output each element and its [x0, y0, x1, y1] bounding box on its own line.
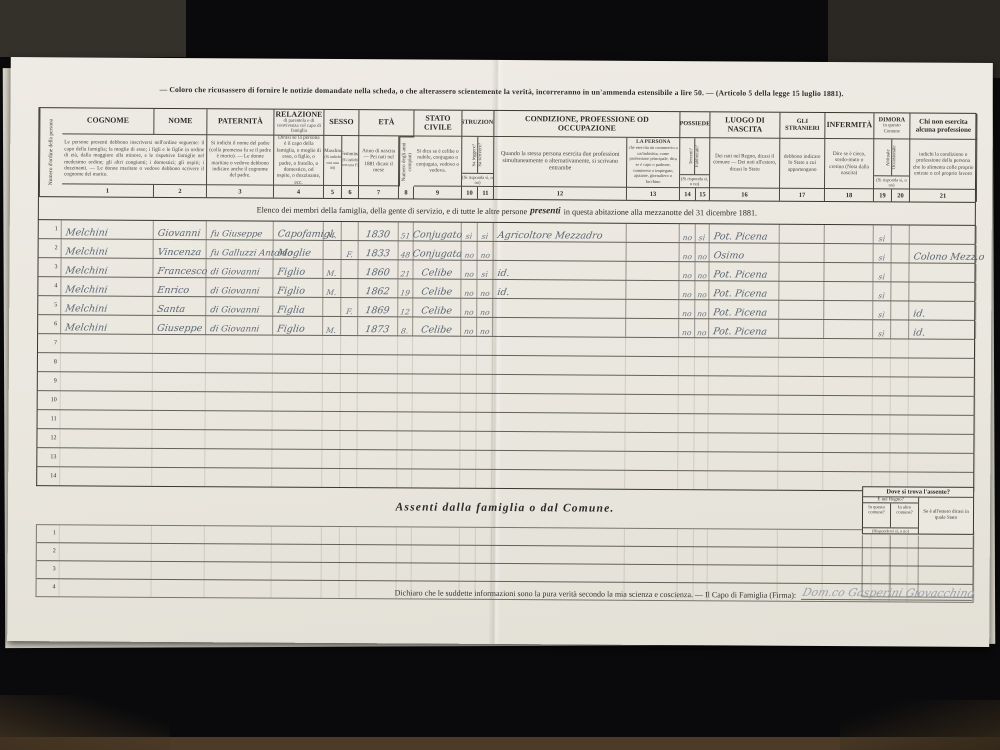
cell-anni	[397, 527, 412, 544]
row-number: 10	[38, 391, 61, 409]
column-number: 15	[696, 188, 710, 200]
cell-condizione	[493, 299, 626, 318]
handwritten-entry: Moglie	[277, 248, 312, 258]
cell-anni	[397, 431, 412, 449]
handwritten-entry: sì	[878, 311, 885, 319]
cell-nome: Vincenza	[154, 240, 207, 258]
cell-fabbricati	[694, 547, 708, 564]
handwritten-entry: Conjugata	[412, 249, 463, 259]
cell-luogo: Pot. Picena	[710, 224, 780, 242]
cell-persona	[626, 262, 679, 280]
table-header: Numero d'ordine della persona COGNOME NO…	[38, 107, 977, 203]
cell-condizione: id.	[493, 280, 626, 299]
column-title-relazione: RELAZIONE di parentela e di convivenza c…	[274, 110, 324, 136]
cell-stranieri	[780, 225, 825, 243]
handwritten-entry: Melchini	[65, 285, 108, 295]
cell-f	[341, 317, 358, 335]
cell-fabbricati: no	[696, 243, 710, 261]
sa-leggere-label: Sa leggere?	[472, 143, 477, 166]
cell-stato	[412, 469, 460, 487]
row-number: 13	[37, 448, 60, 466]
cell-nome: Enrico	[153, 278, 206, 296]
handwritten-entry: no	[682, 291, 692, 299]
handwritten-entry: F.	[345, 308, 353, 316]
column-title-chi-non-esercita: Chi non esercita alcuna professione	[910, 114, 977, 140]
present-persons-rows: 1MelchiniGiovannifu GiuseppeCapofamigl.M…	[36, 220, 976, 492]
cell-chi_non	[909, 264, 976, 282]
cell-abituale	[873, 415, 891, 433]
cell-m	[324, 241, 342, 259]
cell-paternita	[204, 580, 271, 597]
cell-persona	[627, 243, 680, 261]
cell-chi_non	[909, 377, 976, 395]
cell-occasionale	[891, 358, 909, 376]
possiede-note: (Si risponda sì, o no)	[680, 174, 709, 187]
cell-stato	[413, 355, 461, 373]
column-title-stato-civile: STATO CIVILE	[414, 110, 462, 136]
cell-stato	[412, 563, 460, 580]
cell-condizione	[492, 528, 625, 546]
cell-luogo: Pot. Picena	[709, 319, 779, 337]
handwritten-entry: sì	[481, 270, 488, 278]
luogo-nascita-instructions: Dei nati nel Regno, dicasi il comune — D…	[710, 138, 780, 188]
cell-paternita	[206, 335, 273, 353]
cell-relazione	[273, 393, 323, 411]
altro-comune-label: In altro comune?	[890, 503, 918, 527]
cell-fabbricati: no	[695, 281, 709, 299]
cell-infermita	[824, 263, 873, 281]
column-number: 5	[324, 186, 342, 198]
cell-stato: Celibe	[413, 279, 461, 297]
cell-anni	[397, 563, 412, 580]
handwritten-entry: no	[682, 272, 692, 280]
cell-nome	[152, 449, 205, 467]
cell-cognome: Melchini	[61, 277, 153, 296]
cell-luogo: Pot. Picena	[709, 262, 779, 280]
cell-condizione	[492, 546, 625, 564]
cell-paternita	[205, 468, 272, 486]
row-number: 1	[37, 525, 60, 542]
cell-persona	[626, 319, 679, 337]
cell-occasionale	[891, 377, 909, 395]
cell-terreni	[678, 565, 694, 582]
cell-nome	[152, 526, 205, 543]
cell-m	[323, 298, 341, 316]
cell-abituale	[873, 358, 891, 376]
cell-chi_non	[909, 282, 976, 300]
cell-m: M.	[323, 317, 341, 335]
cell-abituale	[872, 434, 890, 452]
cell-stato	[412, 527, 460, 544]
column-number: 12	[494, 187, 627, 200]
cell-paternita: di Giovanni	[206, 259, 273, 277]
occasionale-label: Occasionale	[892, 145, 897, 169]
cell-stranieri	[779, 415, 824, 433]
cell-anno: 1830	[359, 222, 399, 240]
handwritten-entry: Pot. Picena	[713, 232, 768, 242]
sesso-femmina-label: Femmina(Si indichi con una F)	[342, 136, 359, 186]
cell-fabbricati	[694, 565, 708, 582]
cell-stranieri	[779, 263, 824, 281]
cell-persona	[626, 338, 679, 356]
chi-non-esercita-instructions: indichi la condizione o professione dell…	[910, 140, 977, 190]
cell-nome	[152, 562, 205, 579]
cell-relazione	[273, 336, 323, 354]
cell-abituale	[873, 339, 891, 357]
abituale-label: Abituale	[886, 149, 891, 166]
cell-nome	[151, 580, 204, 597]
cell-chi_non	[909, 415, 976, 433]
cell-stranieri	[778, 453, 823, 471]
handwritten-entry: no	[480, 308, 490, 316]
main-table: Numero d'ordine della persona COGNOME NO…	[35, 107, 976, 603]
cell-terreni: no	[680, 224, 696, 242]
handwritten-entry: no	[697, 310, 707, 318]
cell-legge: no	[461, 318, 477, 336]
cell-paternita	[206, 354, 273, 372]
paper-sheet: — Coloro che ricusassero di fornire le n…	[7, 57, 993, 647]
cell-occasionale	[891, 415, 909, 433]
infermita-instructions: Dire se è cieco, sordo-muto o cretino (N…	[825, 139, 874, 189]
cell-occasionale	[891, 339, 909, 357]
cell-stranieri	[779, 396, 824, 414]
cell-luogo	[708, 529, 778, 546]
cell-f	[341, 279, 358, 297]
cell-infermita	[823, 434, 872, 452]
cell-fabbricati	[694, 529, 708, 546]
handwritten-entry: di Giovanni	[210, 306, 260, 315]
handwritten-entry: M.	[326, 288, 337, 296]
cell-stato	[413, 336, 461, 354]
cell-f	[340, 563, 357, 580]
cell-m	[323, 412, 341, 430]
column-title-nome: NOME	[154, 109, 207, 135]
cell-infermita	[824, 415, 873, 433]
cell-anno: 1873	[358, 317, 398, 335]
cell-paternita	[206, 392, 273, 410]
handwritten-entry: no	[682, 253, 692, 261]
dove-box-title: Dove si trova l'assente?	[863, 487, 973, 498]
cell-nome	[153, 373, 206, 391]
handwritten-entry: no	[480, 251, 490, 259]
cell-infermita	[824, 339, 873, 357]
handwritten-entry: 48	[400, 251, 411, 259]
section-title-emphasis: presenti	[530, 206, 561, 216]
cell-nome	[152, 544, 205, 561]
cell-persona	[626, 414, 679, 432]
dimora-note: (Si risponda sì, o no)	[874, 175, 909, 188]
column-title-cognome: COGNOME	[62, 108, 154, 135]
cell-scrive	[477, 356, 493, 374]
column-number: 21	[910, 190, 977, 202]
cell-terreni: no	[679, 262, 695, 280]
cell-legge	[460, 528, 476, 545]
cell-luogo	[709, 338, 779, 356]
handwritten-entry: id.	[913, 309, 927, 319]
cell-stato	[413, 374, 461, 392]
handwritten-entry: 1830	[365, 230, 391, 240]
cell-m	[322, 469, 340, 487]
handwritten-entry: Figlio	[276, 324, 305, 334]
relazione-instructions: Dirasi se la persona è il capo della fam…	[274, 136, 324, 186]
cell-stato	[413, 393, 461, 411]
column-number: 18	[825, 189, 874, 201]
cell-nome: Francesco	[153, 259, 206, 277]
handwritten-entry: sì	[878, 254, 885, 262]
cell-stranieri	[779, 320, 824, 338]
cell-anni	[398, 412, 413, 430]
column-number: 9	[414, 186, 462, 198]
column-number: 20	[892, 189, 910, 201]
cell-condizione	[493, 337, 626, 356]
cell-persona	[625, 471, 678, 489]
cell-persona	[626, 357, 679, 375]
cell-paternita	[205, 562, 272, 579]
cell-paternita	[206, 411, 273, 429]
column-title-paternita: PATERNITÀ	[207, 109, 274, 135]
cell-nome: Giovanni	[154, 221, 207, 239]
cell-legge	[461, 337, 477, 355]
cell-m	[323, 336, 341, 354]
handwritten-entry: Figlio	[277, 267, 306, 277]
cell-stranieri	[779, 358, 824, 376]
column-title-infermita: INFERMITÀ	[825, 113, 874, 139]
cell-occasionale	[891, 263, 909, 281]
cell-anno: 1860	[358, 260, 398, 278]
cell-infermita	[824, 396, 873, 414]
cell-scrive	[476, 432, 492, 450]
cell-legge	[460, 564, 476, 581]
cell-anno	[357, 527, 397, 544]
cell-anno: 1862	[358, 279, 398, 297]
handwritten-entry: Melchini	[65, 266, 108, 276]
cell-anni	[398, 355, 413, 373]
cell-abituale: sì	[873, 263, 891, 281]
cell-relazione: Figlia	[273, 298, 323, 316]
cell-cognome	[60, 448, 152, 467]
scanner-background-corner	[0, 0, 186, 57]
questo-comune-label: In questo comune?	[863, 503, 890, 527]
cell-f	[341, 393, 358, 411]
cell-chi_non	[909, 358, 976, 376]
section-title-suffix: in questa abitazione alla mezzanotte del…	[564, 207, 758, 217]
cell-m: M.	[323, 260, 341, 278]
cell-relazione	[272, 450, 322, 468]
column-number: 17	[780, 189, 825, 201]
column-number: 7	[359, 186, 399, 198]
fabbricati-label: Fabbricati?	[695, 145, 700, 167]
handwritten-entry: Melchini	[65, 304, 108, 314]
cell-scrive	[476, 528, 492, 545]
cell-infermita	[824, 282, 873, 300]
cell-cognome: Melchini	[62, 220, 154, 239]
cell-chi_non	[910, 226, 977, 244]
cell-cognome	[60, 525, 152, 543]
cell-fabbricati	[695, 338, 709, 356]
row-number: 12	[37, 429, 60, 447]
cell-cognome	[59, 579, 151, 597]
handwritten-entry: Francesco	[157, 266, 208, 276]
cell-stranieri	[778, 472, 823, 490]
cell-persona	[625, 547, 678, 564]
column-number: 1	[62, 184, 154, 197]
cell-occasionale	[891, 282, 909, 300]
cell-anni	[398, 374, 413, 392]
cell-occasionale	[890, 453, 908, 471]
handwritten-entry: Melchini	[64, 323, 107, 333]
cell-persona	[625, 565, 678, 582]
cell-infermita	[824, 377, 873, 395]
cell-scrive: no	[477, 280, 493, 298]
handwritten-entry: 21	[400, 270, 411, 278]
cell-condizione	[492, 451, 625, 470]
handwritten-entry: sì	[482, 232, 489, 240]
cell-chi_non	[909, 396, 976, 414]
cell-f	[340, 527, 357, 544]
table-surface-corner	[840, 700, 1000, 750]
cell-scrive	[476, 546, 492, 563]
census-sheet-photo: — Coloro che ricusassero di fornire le n…	[0, 0, 1000, 750]
row-number: 1	[39, 220, 62, 238]
cell-relazione	[272, 431, 322, 449]
cell-nome	[153, 392, 206, 410]
cell-m	[322, 545, 340, 562]
cell-relazione	[273, 412, 323, 430]
anni-compiuti-label: Numero degli anni compiuti	[399, 136, 414, 186]
cell-anno	[357, 469, 397, 487]
cell-scrive: no	[478, 242, 494, 260]
column-title-istruzione: ISTRUZIONE	[462, 111, 494, 137]
cell-condizione: Agricoltore Mezzadro	[494, 223, 627, 242]
cell-scrive: sì	[478, 223, 494, 241]
cell-luogo	[708, 452, 778, 470]
handwritten-entry: no	[697, 272, 707, 280]
cell-persona	[626, 281, 679, 299]
cell-stranieri	[779, 282, 824, 300]
cell-fabbricati: no	[695, 300, 709, 318]
column-number: 16	[710, 188, 780, 200]
cell-anni: 19	[398, 279, 413, 297]
cell-anni	[397, 469, 412, 487]
cell-abituale	[872, 453, 890, 471]
row-number: 3	[37, 561, 60, 578]
cell-stranieri	[778, 530, 823, 547]
cell-m	[322, 450, 340, 468]
cell-legge	[461, 413, 477, 431]
column-number: 4	[274, 186, 324, 198]
handwritten-entry: Giuseppe	[156, 323, 202, 333]
table-surface-corner	[0, 695, 170, 750]
cell-paternita: fu Galluzzi Antonio	[207, 240, 274, 258]
row-number: 14	[37, 467, 60, 485]
cell-terreni	[678, 433, 694, 451]
cell-cognome	[61, 353, 153, 372]
cell-chi_non: id.	[909, 320, 976, 338]
head-of-family-signature: Dom.co Gasperini Giovacchino	[800, 587, 975, 601]
cell-anno	[358, 355, 398, 373]
section-title-prefix: Elenco dei membri della famiglia, della …	[257, 205, 528, 216]
cell-relazione	[271, 581, 321, 598]
dove-box-note: (Rispondersi sì, o no)	[863, 527, 918, 533]
column-title-luogo-nascita: LUOGO DI NASCITA	[710, 112, 780, 138]
handwritten-entry: no	[682, 234, 692, 242]
cell-fabbricati	[695, 414, 709, 432]
cell-abituale: sì	[873, 282, 891, 300]
cell-scrive	[476, 451, 492, 469]
cell-luogo	[709, 414, 779, 432]
dimora-sublabels: Abituale Occasionale (Si risponda sì, o …	[874, 139, 910, 189]
handwritten-entry: Santa	[157, 304, 186, 314]
cell-cognome: Melchini	[61, 258, 153, 277]
cell-abituale: sì	[874, 225, 892, 243]
cell-anno	[358, 393, 398, 411]
column-title-possiede: POSSIEDE	[680, 112, 710, 138]
column-number: 11	[478, 187, 494, 199]
handwritten-entry: no	[696, 329, 706, 337]
cell-occasionale	[892, 244, 910, 262]
handwritten-entry: no	[681, 329, 691, 337]
cell-fabbricati	[695, 357, 709, 375]
cell-scrive	[477, 394, 493, 412]
cell-cognome: Melchini	[61, 296, 153, 315]
cell-cognome	[60, 429, 152, 448]
cell-paternita	[205, 449, 272, 467]
cell-scrive: sì	[477, 261, 493, 279]
cell-cognome	[60, 543, 152, 561]
handwritten-entry: sì	[878, 273, 885, 281]
cell-cognome	[61, 391, 153, 410]
row-number: 11	[38, 410, 61, 428]
cell-f	[341, 260, 358, 278]
handwritten-entry: no	[682, 310, 692, 318]
cell-legge	[461, 356, 477, 374]
possiede-sublabels: Terreni? Fabbricati? (Si risponda sì, o …	[680, 138, 710, 188]
handwritten-entry: sì	[879, 235, 886, 243]
cell-f	[340, 431, 357, 449]
cell-relazione: Capofamigl.	[274, 222, 324, 240]
handwritten-entry: no	[480, 289, 490, 297]
column-number: 8	[399, 186, 414, 198]
cell-stato	[412, 431, 460, 449]
handwritten-entry: Osimo	[713, 251, 745, 261]
row-number: 8	[38, 353, 61, 371]
cell-abituale: sì	[873, 301, 891, 319]
la-persona-instructions: LA PERSONAche esercita un commercio o un…	[627, 138, 680, 188]
cell-terreni	[678, 471, 694, 489]
cell-fabbricati	[695, 395, 709, 413]
cell-stato	[413, 412, 461, 430]
handwritten-entry: sì	[878, 292, 885, 300]
handwritten-entry: id.	[497, 287, 511, 297]
cell-persona	[626, 300, 679, 318]
cell-stato: Celibe	[413, 298, 461, 316]
handwritten-entry: no	[697, 253, 707, 261]
handwritten-entry: M.	[326, 269, 337, 277]
cell-scrive	[476, 564, 492, 581]
cell-luogo	[709, 357, 779, 375]
anno-nascita-instructions: Anno di nascita — Pei nati nel 1881 dica…	[359, 136, 399, 186]
cell-scrive	[477, 375, 493, 393]
sesso-maschio-label: Maschio(Si indichi con una M)	[324, 136, 342, 186]
cell-abituale	[873, 396, 891, 414]
cell-anno	[357, 450, 397, 468]
handwritten-entry: fu Giuseppe	[210, 230, 263, 239]
cell-fabbricati	[694, 452, 708, 470]
cell-cognome	[61, 372, 153, 391]
cell-relazione	[273, 355, 323, 373]
stato-civile-instructions: Si dica se è celibe o nubile, conjugato …	[414, 136, 462, 186]
handwritten-entry: 51	[400, 232, 411, 240]
